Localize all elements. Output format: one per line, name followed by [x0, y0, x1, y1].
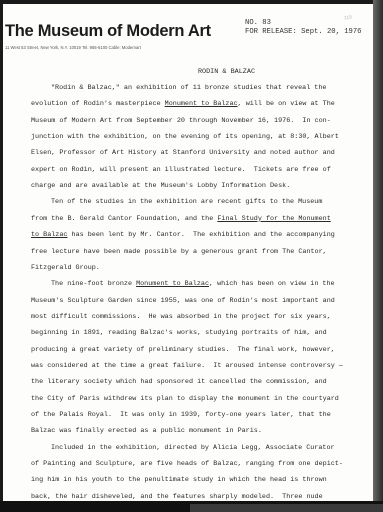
- text-run: Ten of the studies in the exhibition are…: [51, 198, 322, 206]
- text-run: , which has been on view in the: [209, 280, 335, 288]
- text-run: Balzac was finally erected as a public m…: [31, 427, 262, 435]
- text-line: Museum of Modern Art from September 20 t…: [31, 116, 331, 126]
- text-line: Included in the exhibition, directed by …: [51, 443, 335, 453]
- text-run: of Painting and Sculpture, are five head…: [31, 460, 343, 468]
- text-line: Balzac was finally erected as a public m…: [31, 426, 262, 436]
- text-line: was considered at the time a great failu…: [31, 361, 343, 371]
- text-line: from the B. Gerald Cantor Foundation, an…: [31, 214, 331, 224]
- text-run: evolution of Rodin's masterpiece: [31, 100, 165, 108]
- text-line: free lecture have been made possible by …: [31, 247, 327, 257]
- text-run: , will be on view at The: [238, 100, 335, 108]
- text-run: ing him in his youth to the penultimate …: [31, 476, 327, 484]
- text-run: "Rodin & Balzac," an exhibition of 11 br…: [51, 84, 326, 92]
- underlined-title: Monument to Balzac: [136, 280, 209, 288]
- text-line: expert on Rodin, will present an illustr…: [31, 165, 331, 175]
- text-run: charge and are available at the Museum's…: [31, 182, 290, 190]
- text-line: the City of Paris withdrew its plan to d…: [31, 394, 339, 404]
- text-line: beginning in 1891, reading Balzac's work…: [31, 328, 327, 338]
- text-line: ing him in his youth to the penultimate …: [31, 475, 327, 485]
- text-run: from the B. Gerald Cantor Foundation, an…: [31, 215, 217, 223]
- scan-edge-right: [373, 0, 383, 512]
- text-line: back, the hair disheveled, and the featu…: [31, 492, 323, 502]
- text-line: the literary society which had sponsored…: [31, 377, 327, 387]
- text-line: charge and are available at the Museum's…: [31, 181, 290, 191]
- museum-address: 11 West 53 Street, New York, N.Y. 10019 …: [5, 45, 141, 50]
- text-run: Included in the exhibition, directed by …: [51, 444, 335, 452]
- text-run: most difficult commissions. He was absor…: [31, 313, 331, 321]
- text-run: has been lent by Mr. Cantor. The exhibit…: [67, 231, 334, 239]
- text-run: producing a great variety of preliminary…: [31, 346, 335, 354]
- pencil-annotation: 115: [344, 14, 353, 21]
- text-line: junction with the exhibition, on the eve…: [31, 132, 339, 142]
- text-run: junction with the exhibition, on the eve…: [31, 133, 339, 141]
- text-run: free lecture have been made possible by …: [31, 248, 327, 256]
- scan-edge-bottom: [0, 501, 383, 512]
- underlined-title: Monument to Balzac: [165, 100, 238, 108]
- text-line: evolution of Rodin's masterpiece Monumen…: [31, 99, 335, 109]
- underlined-title: to Balzac: [31, 231, 67, 239]
- text-line: to Balzac has been lent by Mr. Cantor. T…: [31, 230, 335, 240]
- text-line: "Rodin & Balzac," an exhibition of 11 br…: [51, 83, 326, 93]
- text-run: beginning in 1891, reading Balzac's work…: [31, 329, 327, 337]
- text-run: Fitzgerald Group.: [31, 264, 100, 272]
- underlined-title: Final Study for the Monument: [217, 215, 330, 223]
- text-line: Elsen, Professor of Art History at Stanf…: [31, 148, 335, 158]
- text-run: The nine-foot bronze: [51, 280, 136, 288]
- press-release-title: RODIN & BALZAC: [0, 68, 383, 76]
- text-line: producing a great variety of preliminary…: [31, 345, 335, 355]
- text-run: the literary society which had sponsored…: [31, 378, 327, 386]
- release-date: FOR RELEASE: Sept. 20, 1976: [245, 28, 361, 37]
- text-run: Elsen, Professor of Art History at Stanf…: [31, 149, 335, 157]
- text-run: was considered at the time a great failu…: [31, 362, 343, 370]
- text-line: Ten of the studies in the exhibition are…: [51, 197, 322, 207]
- text-line: Fitzgerald Group.: [31, 263, 100, 273]
- text-line: The nine-foot bronze Monument to Balzac,…: [51, 279, 335, 289]
- text-run: back, the hair disheveled, and the featu…: [31, 493, 323, 501]
- text-run: the City of Paris withdrew its plan to d…: [31, 395, 339, 403]
- text-run: Museum of Modern Art from September 20 t…: [31, 117, 331, 125]
- masthead: The Museum of Modern Art: [5, 22, 211, 41]
- text-line: Museum's Sculpture Garden since 1955, wa…: [31, 296, 335, 306]
- text-line: of Painting and Sculpture, are five head…: [31, 459, 343, 469]
- text-run: expert on Rodin, will present an illustr…: [31, 166, 331, 174]
- text-line: most difficult commissions. He was absor…: [31, 312, 331, 322]
- text-run: of the Palais Royal. It was only in 1939…: [31, 411, 331, 419]
- text-run: Museum's Sculpture Garden since 1955, wa…: [31, 297, 335, 305]
- text-line: of the Palais Royal. It was only in 1939…: [31, 410, 331, 420]
